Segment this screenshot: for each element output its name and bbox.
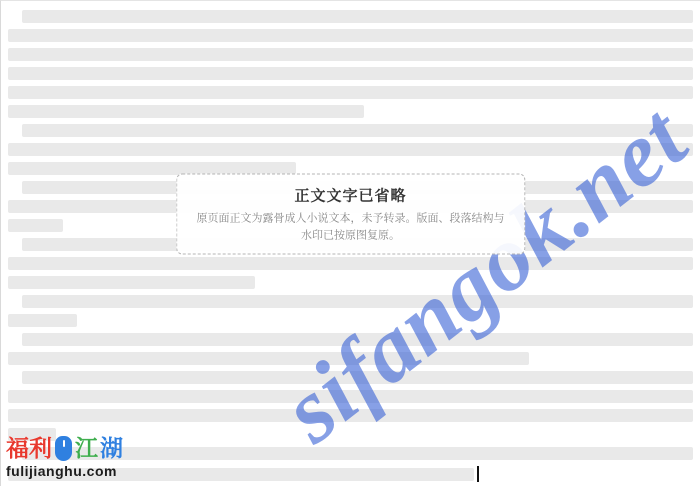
redacted-text-line (8, 314, 77, 327)
logo-word-fuli: 福利 (6, 437, 52, 460)
redacted-text-line (22, 295, 693, 308)
redacted-text-line (8, 143, 693, 156)
redacted-paragraph (8, 371, 693, 441)
redacted-text-line (8, 219, 63, 232)
redacted-paragraph (8, 10, 693, 118)
redacted-text-line (8, 352, 529, 365)
redacted-text-line (8, 105, 364, 118)
redaction-subtitle: 原页面正文为露骨成人小说文本，未予转录。版面、段落结构与水印已按原图复原。 (195, 211, 507, 244)
site-logo-row: 福利 江 湖 (6, 436, 123, 461)
redacted-text-line (8, 390, 693, 403)
text-cursor (477, 466, 479, 482)
redacted-text-line (8, 29, 693, 42)
redacted-text-line (8, 86, 693, 99)
document-page: 正文文字已省略 原页面正文为露骨成人小说文本，未予转录。版面、段落结构与水印已按… (0, 0, 700, 486)
redacted-paragraph (8, 295, 693, 327)
logo-word-jiang: 江 (75, 437, 98, 460)
redacted-text-line (8, 257, 693, 270)
redacted-text-line (8, 67, 693, 80)
site-logo-watermark: 福利 江 湖 fulijianghu.com (6, 436, 123, 478)
redaction-notice: 正文文字已省略 原页面正文为露骨成人小说文本，未予转录。版面、段落结构与水印已按… (176, 174, 526, 255)
redacted-paragraph (8, 124, 693, 175)
redacted-text-line (22, 10, 693, 23)
redacted-text-line (8, 276, 255, 289)
redaction-title: 正文文字已省略 (195, 185, 507, 206)
redacted-text-line (22, 124, 693, 137)
redacted-text-line (8, 409, 693, 422)
logo-url: fulijianghu.com (6, 464, 123, 478)
redacted-text-line (22, 333, 693, 346)
redacted-text-line (8, 48, 693, 61)
redacted-paragraph (8, 333, 693, 365)
mouse-icon (55, 436, 72, 461)
logo-word-hu: 湖 (100, 437, 123, 460)
redacted-text-line (22, 371, 693, 384)
